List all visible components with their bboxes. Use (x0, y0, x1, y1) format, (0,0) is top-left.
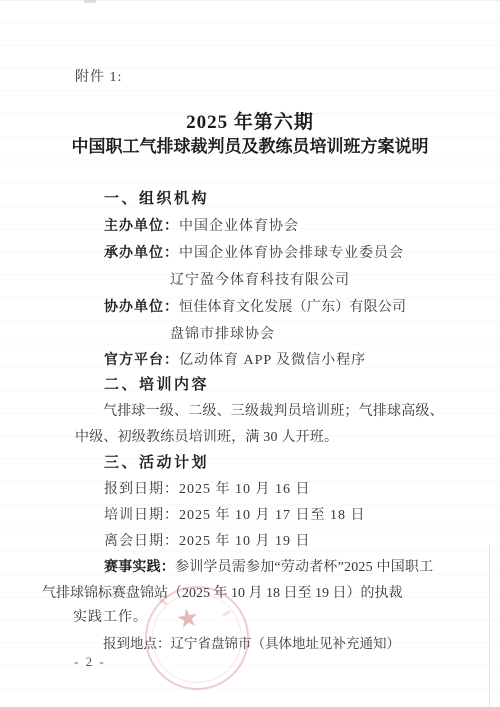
attachment-label: 附件 1: (75, 66, 122, 86)
practice-label: 赛事实践： (104, 560, 175, 575)
checkin-date-line: 报到日期：2025 年 10 月 16 日 (104, 478, 311, 498)
organizer-unit-label: 承办单位： (104, 246, 179, 261)
section-heading-organization: 一、组织机构 (104, 187, 209, 208)
practice-text-line1: 参训学员需参加“劳动者杯”2025 中国职工 (175, 560, 433, 575)
co-organizer-unit-value: 恒佳体育文化发展（广东）有限公司 (179, 300, 406, 315)
practice-line3: 实践工作。 (73, 606, 148, 626)
training-date-line: 培训日期：2025 年 10 月 17 日至 18 日 (104, 504, 366, 524)
host-unit-value: 中国企业体育协会 (179, 219, 299, 234)
host-unit-label: 主办单位： (104, 219, 179, 234)
host-unit-line: 主办单位：中国企业体育协会 (104, 215, 299, 235)
seal-star-icon: ★ (174, 604, 201, 634)
document-title-line1: 2025 年第六期 (0, 107, 500, 134)
document-title-line2: 中国职工气排球裁判员及教练员培训班方案说明 (0, 132, 500, 157)
scan-artifact (84, 0, 96, 3)
official-platform-value: 亿动体育 APP 及微信小程序 (179, 353, 366, 368)
official-platform-label: 官方平台： (104, 353, 179, 368)
scan-edge-shadow (489, 545, 490, 707)
co-organizer-unit-label: 协办单位： (104, 300, 179, 315)
departure-date-line: 离会日期：2025 年 10 月 19 日 (104, 530, 311, 550)
practice-line1: 赛事实践：参训学员需参加“劳动者杯”2025 中国职工 (104, 556, 433, 576)
page-number: - 2 - (74, 654, 106, 670)
training-content-line2: 中级、初级教练员培训班，满 30 人开班。 (75, 426, 338, 446)
training-content-line1: 气排球一级、二级、三级裁判员培训班；气排球高级、 (103, 400, 444, 420)
co-organizer-unit-line: 协办单位：恒佳体育文化发展（广东）有限公司 (104, 296, 406, 316)
section-heading-training-content: 二、培训内容 (104, 373, 209, 394)
section-heading-activity-plan: 三、活动计划 (104, 451, 209, 472)
scan-edge-line (0, 0, 500, 1)
scanned-document-page: 附件 1: 2025 年第六期 中国职工气排球裁判员及教练员培训班方案说明 一、… (0, 0, 500, 707)
organizer-unit-value: 中国企业体育协会排球专业委员会 (179, 246, 404, 261)
organizer-unit-value2: 辽宁盈今体育科技有限公司 (170, 269, 350, 289)
official-platform-line: 官方平台：亿动体育 APP 及微信小程序 (104, 349, 366, 369)
organizer-unit-line: 承办单位：中国企业体育协会排球专业委员会 (104, 242, 404, 262)
co-organizer-unit-value2: 盘锦市排球协会 (170, 323, 275, 343)
